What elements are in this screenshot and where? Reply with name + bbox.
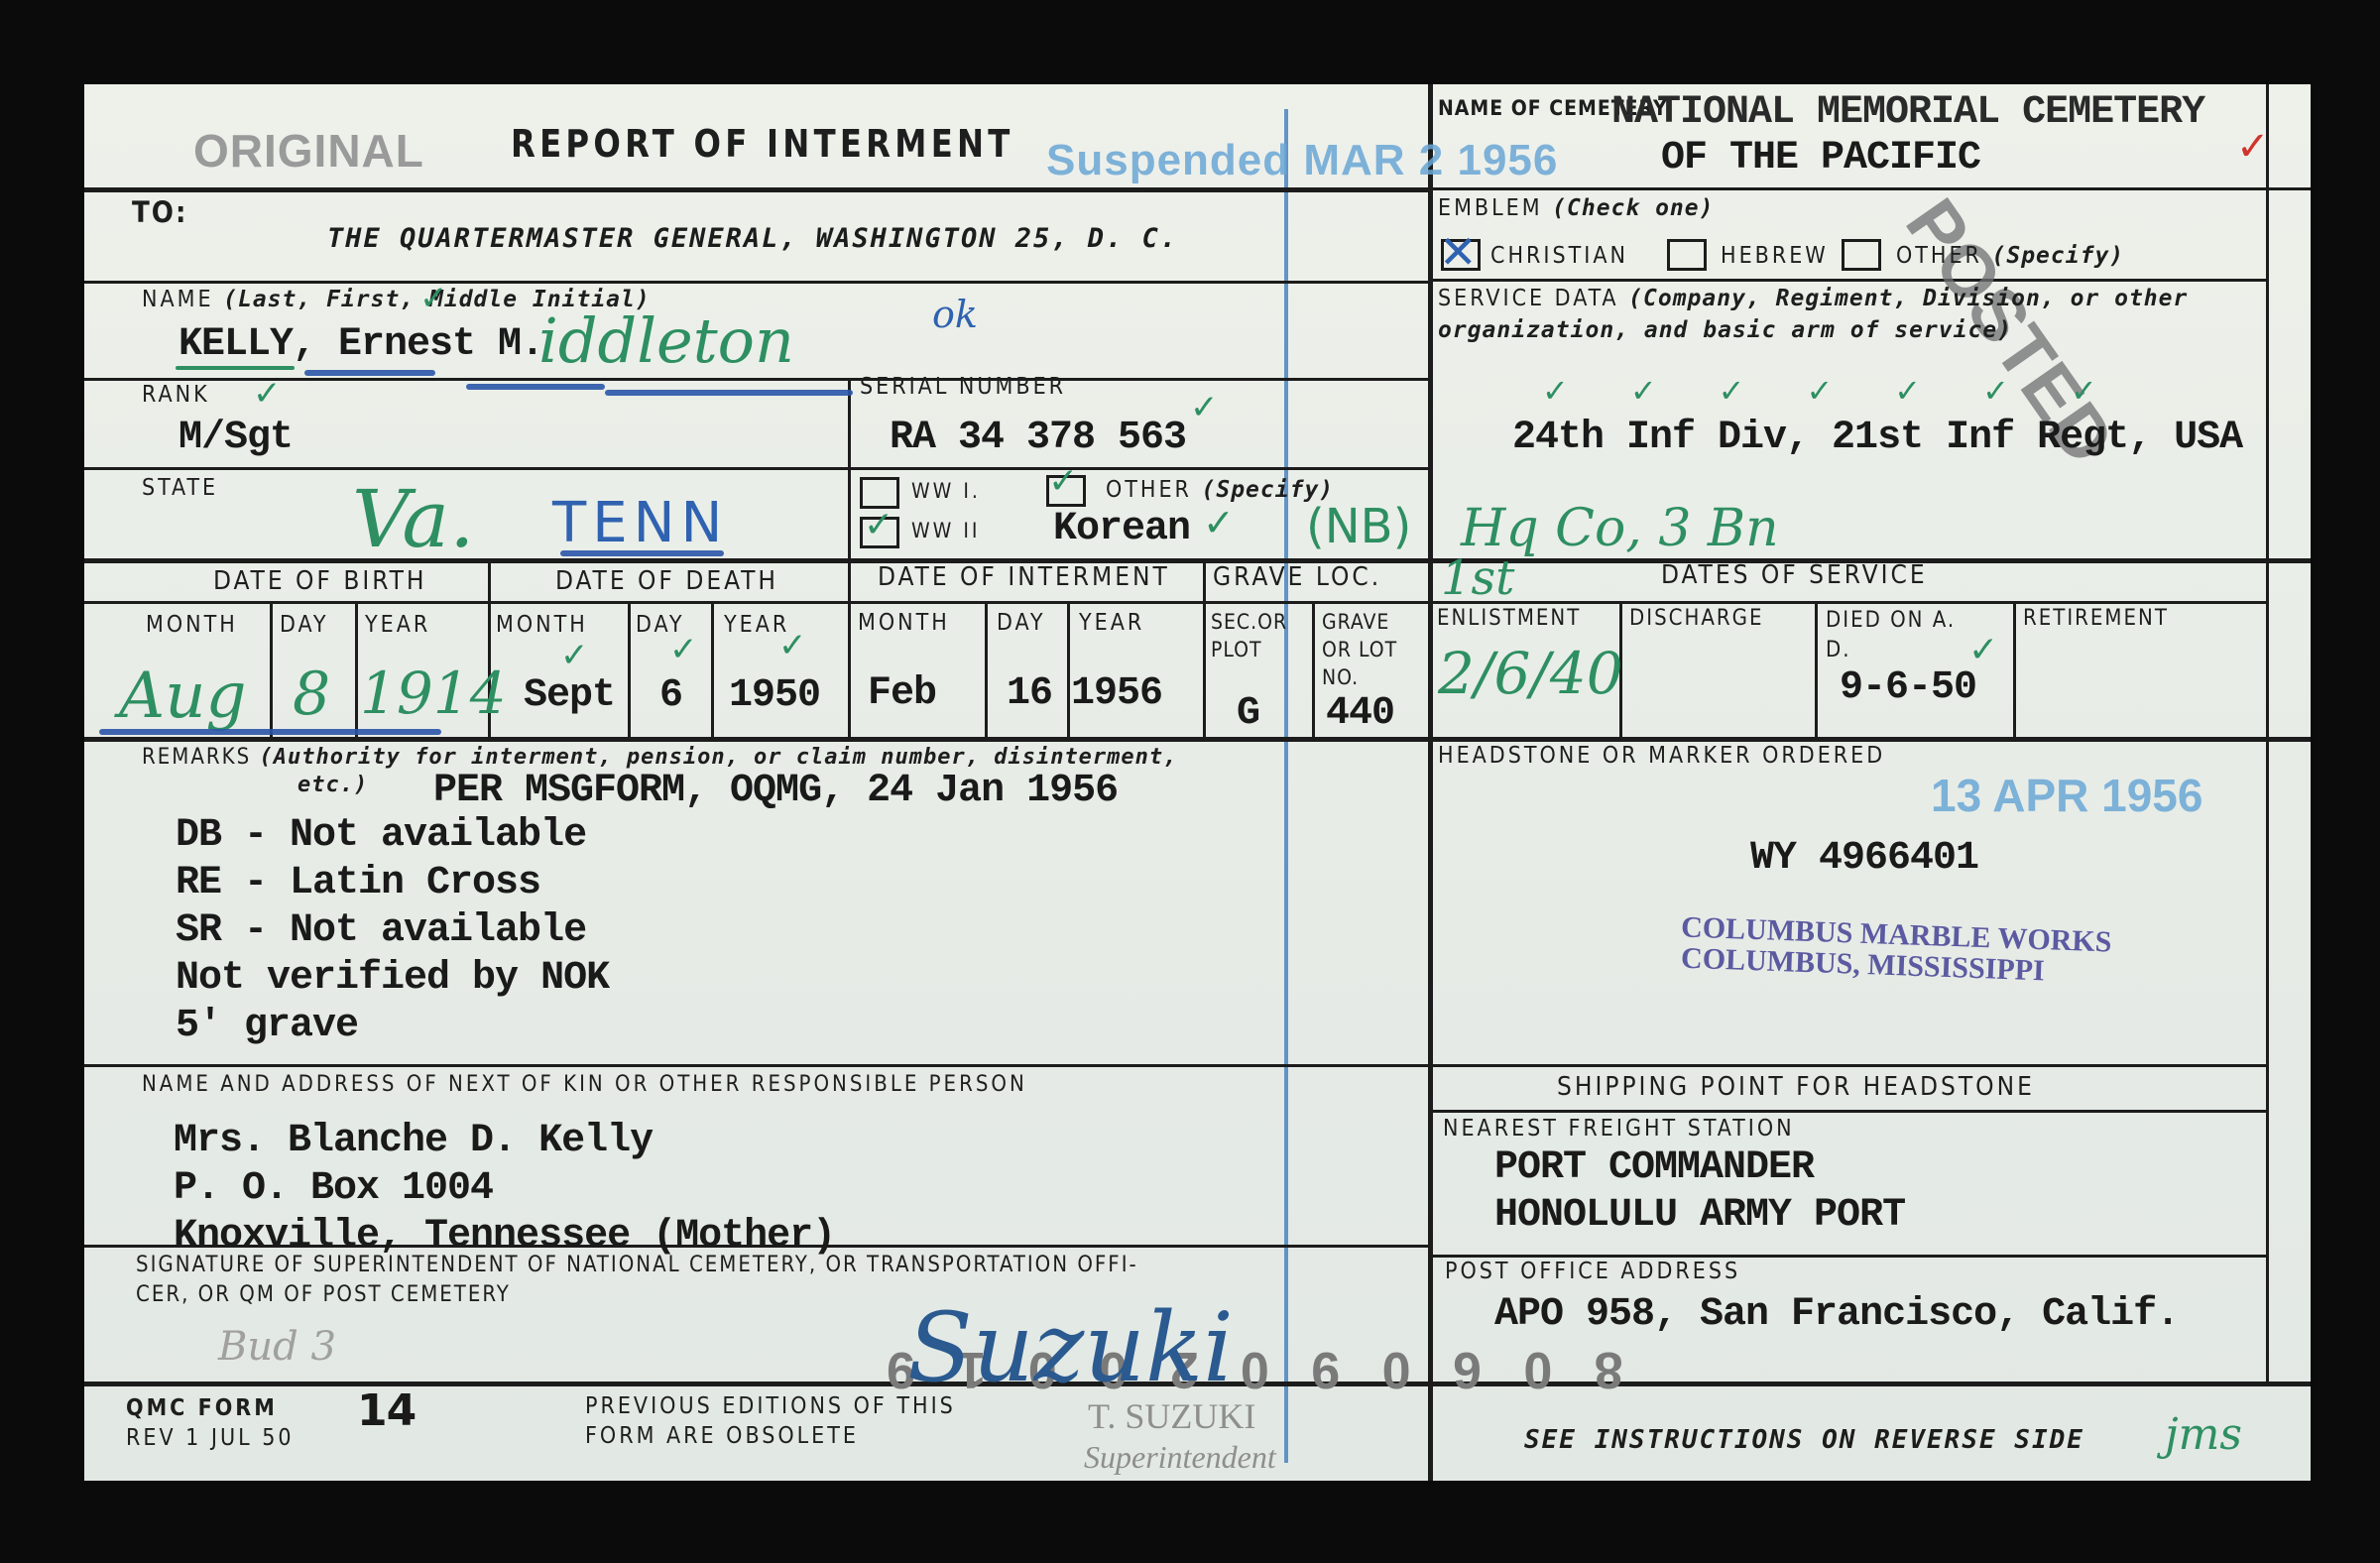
pencil-note: Bud 3	[218, 1324, 336, 1370]
rank-label: RANK	[142, 382, 210, 408]
cemetery-name-line2: OF THE PACIFIC	[1661, 136, 1980, 180]
name-handwritten: iddleton	[538, 304, 794, 377]
serial-value: RA 34 378 563	[890, 416, 1186, 460]
dob-day: 8	[293, 660, 330, 729]
see-instructions: SEE INSTRUCTIONS ON REVERSE SIDE	[1524, 1425, 2084, 1455]
signer-name: T. SUZUKI	[1088, 1395, 1255, 1437]
nok-lines: Mrs. Blanche D. Kelly P. O. Box 1004 Kno…	[174, 1118, 835, 1261]
headstone-label: HEADSTONE OR MARKER ORDERED	[1438, 743, 1885, 769]
signature-label-2: CER, OR QM OF POST CEMETERY	[136, 1282, 511, 1307]
other-war-value: Korean	[1053, 507, 1190, 551]
nok-label: NAME AND ADDRESS OF NEXT OF KIN OR OTHER…	[142, 1072, 1027, 1097]
dod-month: Sept	[524, 673, 615, 718]
state-label: STATE	[142, 475, 218, 501]
dod-heading: DATE OF DEATH	[555, 566, 778, 596]
retirement-label: RETIREMENT	[2023, 606, 2169, 631]
rank-value: M/Sgt	[178, 416, 293, 460]
discharge-label: DISCHARGE	[1629, 606, 1764, 631]
pen-line	[1284, 109, 1288, 1463]
freight-line2: HONOLULU ARMY PORT	[1494, 1193, 1905, 1238]
doi-heading: DATE OF INTERMENT	[878, 562, 1170, 592]
suspended-stamp: Suspended MAR 2 1956	[1046, 136, 1558, 185]
state-handwritten-tenn: TENN	[552, 491, 728, 555]
freight-line1: PORT COMMANDER	[1494, 1145, 1814, 1190]
remarks-authority: PER MSGFORM, OQMG, 24 Jan 1956	[433, 769, 1118, 813]
signer-title: Superintendent	[1084, 1439, 1276, 1476]
service-handwritten-1st: 1st	[1441, 550, 1514, 606]
hebrew-checkbox[interactable]	[1667, 239, 1707, 271]
dod-day: 6	[659, 673, 682, 718]
doi-day: 16	[1007, 671, 1052, 716]
state-handwritten-va: Va.	[352, 473, 475, 565]
page-title: REPORT OF INTERMENT	[511, 122, 1014, 166]
headstone-date-stamp: 13 APR 1956	[1931, 769, 2202, 822]
other-emblem-label: OTHER (Specify)	[1896, 243, 2124, 269]
grave-lot: 440	[1326, 691, 1394, 736]
name-value: KELLY, Ernest M.	[178, 322, 543, 367]
remarks-lines: DB - Not available RE - Latin Cross SR -…	[176, 812, 609, 1050]
original-stamp: ORIGINAL	[193, 124, 424, 178]
christian-label: CHRISTIAN	[1490, 243, 1628, 269]
freight-label: NEAREST FREIGHT STATION	[1443, 1116, 1795, 1142]
main-divider	[1428, 84, 1433, 1481]
interment-report-card: ORIGINAL REPORT OF INTERMENT Suspended M…	[84, 84, 2311, 1481]
doi-year: 1956	[1071, 671, 1162, 716]
hebrew-label: HEBREW	[1721, 243, 1829, 269]
shipping-heading: SHIPPING POINT FOR HEADSTONE	[1557, 1072, 2035, 1102]
enlistment-value: 2/6/40	[1438, 640, 1623, 707]
war-handwritten-note: (NB)	[1306, 499, 1411, 554]
doi-month: Feb	[868, 671, 936, 716]
emblem-label: EMBLEM (Check one)	[1438, 195, 1714, 221]
ww2-label: WW II	[911, 519, 981, 542]
dod-year: 1950	[729, 673, 820, 718]
serial-label: SERIAL NUMBER	[860, 374, 1066, 400]
service-data-label: SERVICE DATA (Company, Regiment, Divisio…	[1438, 283, 2231, 346]
to-label: TO:	[132, 195, 187, 229]
headstone-order-number: WY 4966401	[1750, 836, 1978, 881]
obsolete-line1: PREVIOUS EDITIONS OF THIS	[585, 1393, 956, 1419]
died-on-ad-value: 9-6-50	[1840, 665, 1976, 710]
other-emblem-checkbox[interactable]	[1842, 239, 1881, 271]
post-office-label: POST OFFICE ADDRESS	[1445, 1259, 1740, 1284]
cemetery-name-line1: NATIONAL MEMORIAL CEMETERY	[1611, 90, 2204, 135]
x-mark-icon: ✕	[1439, 225, 1478, 279]
superintendent-signature[interactable]: Suzuki	[907, 1292, 1234, 1403]
obsolete-line2: FORM ARE OBSOLETE	[585, 1423, 859, 1449]
form-line1: QMC FORM	[126, 1395, 278, 1421]
red-check-icon: ✓	[2236, 124, 2270, 170]
died-on-ad-label: DIED ON A.D.	[1826, 606, 1956, 665]
grave-section: G	[1237, 691, 1259, 736]
service-handwritten-company: Hq Co, 3 Bn	[1461, 499, 1779, 558]
form-number: 14	[357, 1385, 416, 1436]
dob-month: Aug	[119, 660, 246, 733]
ww1-label: WW I.	[911, 479, 981, 503]
grave-heading: GRAVE LOC.	[1213, 562, 1381, 592]
enlistment-label: ENLISTMENT	[1437, 606, 1581, 631]
signature-label-1: SIGNATURE OF SUPERINTENDENT OF NATIONAL …	[136, 1253, 1138, 1277]
service-checkmarks: ✓✓✓✓✓✓✓	[1542, 372, 2159, 410]
ok-note: ok	[932, 293, 978, 336]
dates-of-service-heading: DATES OF SERVICE	[1661, 560, 1928, 590]
form-line2: REV 1 JUL 50	[126, 1425, 295, 1451]
footer-initials: jms	[2165, 1409, 2242, 1460]
dob-heading: DATE OF BIRTH	[213, 566, 427, 596]
dob-year: 1914	[360, 660, 507, 727]
to-value: THE QUARTERMASTER GENERAL, WASHINGTON 25…	[327, 223, 1178, 254]
other-war-label: OTHER (Specify)	[1106, 477, 1334, 503]
post-office-value: APO 958, San Francisco, Calif.	[1494, 1292, 2179, 1337]
remarks-label: REMARKS (Authority for interment, pensio…	[142, 745, 1177, 770]
service-data-value: 24th Inf Div, 21st Inf Regt, USA	[1512, 416, 2242, 460]
